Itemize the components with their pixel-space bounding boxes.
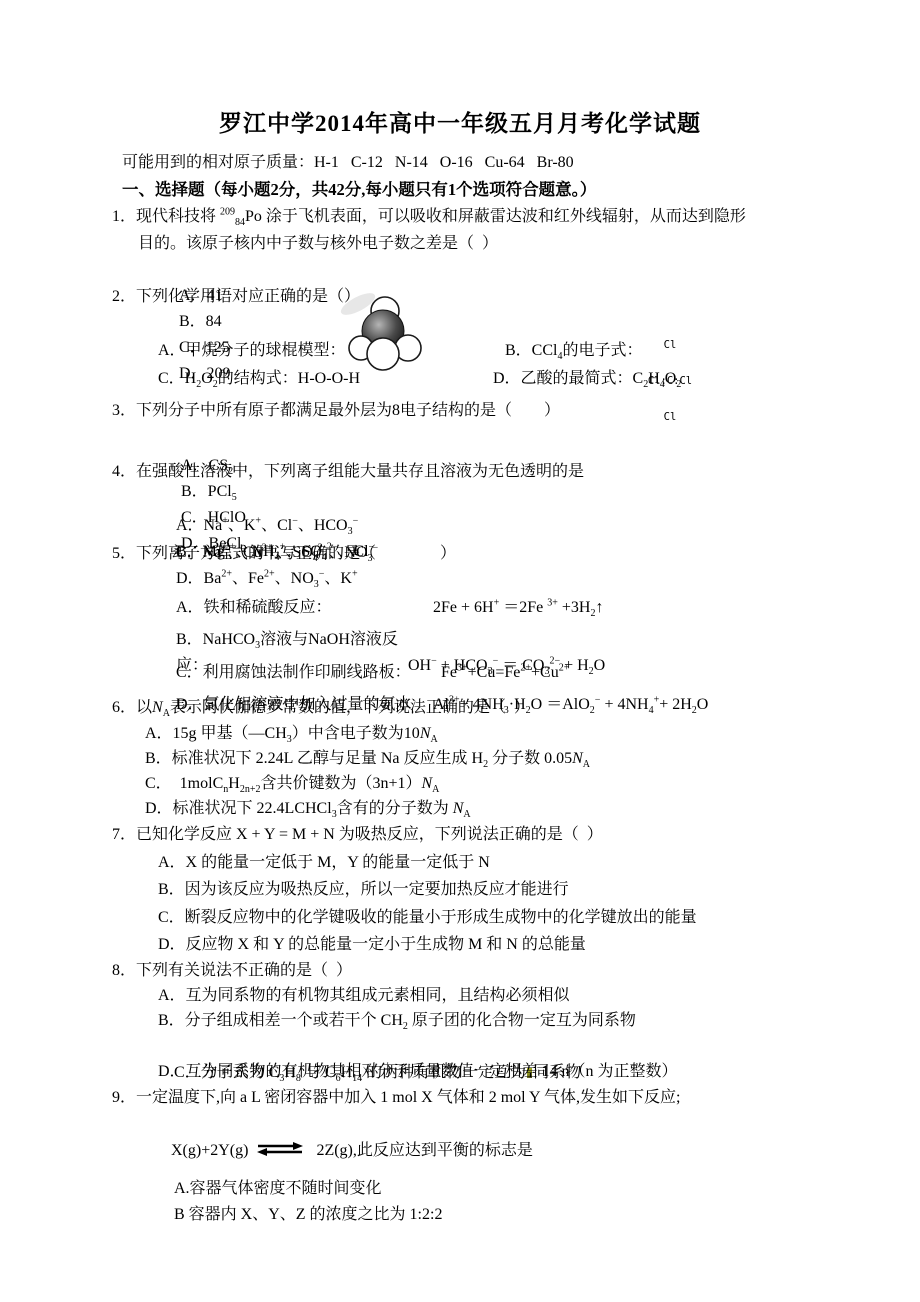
question-5-stem: 5．下列离子方程式的书写正确的是（ ） [112, 541, 456, 567]
q6-option-d: D．标准状况下 22.4LCHCl3含有的分子数为 NA [145, 796, 471, 822]
q7-option-b: B．因为该反应为吸热反应，所以一定要加热反应才能进行 [158, 877, 569, 903]
q7-option-c: C．断裂反应物中的化学键吸收的能量小于形成生成物中的化学键放出的能量 [158, 905, 697, 931]
question-2-stem: 2．下列化学用语对应正确的是（） [112, 284, 360, 310]
q9-options: A.容器气体密度不随时间变化 B 容器内 X、Y、Z 的浓度之比为 1:2:2 [158, 1150, 466, 1254]
q7-option-d: D．反应物 X 和 Y 的总能量一定小于生成物 M 和 N 的总能量 [158, 932, 586, 958]
q9-option-a: A.容器气体密度不随时间变化 [174, 1176, 466, 1202]
question-3-stem: 3．下列分子中所有原子都满足最外层为8电子结构的是（ ） [112, 398, 560, 424]
exam-document-page: 罗江中学2014年高中一年级五月月考化学试题 可能用到的相对原子质量：H-1 C… [0, 0, 920, 1302]
question-7-stem: 7．已知化学反应 X + Y = M + N 为吸热反应，下列说法正确的是（ ） [112, 822, 603, 848]
q6-option-c: C． 1molCnH2n+2含共价键数为（3n+1）NA [145, 771, 439, 797]
q6-option-a: A．15g 甲基（—CH3）中含电子数为10NA [145, 721, 438, 747]
q2-option-b: B．CCl4的电子式： [505, 338, 642, 364]
page-title: 罗江中学2014年高中一年级五月月考化学试题 [0, 105, 920, 138]
q7-option-a: A．X 的能量一定低于 M，Y 的能量一定低于 N [158, 850, 490, 876]
question-4-stem: 4．在强酸性溶液中，下列离子组能大量共存且溶液为无色透明的是 [112, 459, 584, 485]
question-8-stem: 8．下列有关说法不正确的是（ ） [112, 958, 352, 984]
section-header: 一、选择题（每小题2分，共42分,每小题只有1个选项符合题意。） [122, 177, 596, 203]
q2-option-d: D．乙酸的最简式：C2H4O2 [493, 366, 681, 392]
question-1-stem-line2: 目的。该原子核内中子数与核外电子数之差是（ ） [138, 231, 498, 257]
methane-model-image [338, 291, 430, 375]
q8-option-a: A．互为同系物的有机物其组成元素相同，且结构必须相似 [158, 983, 570, 1009]
q8-option-b: B．分子组成相差一个或若干个 CH2 原子团的化合物一定互为同系物 [158, 1008, 636, 1034]
atomic-masses-line: 可能用到的相对原子质量：H-1 C-12 N-14 O-16 Cu-64 Br-… [122, 150, 574, 176]
question-9-stem: 9．一定温度下,向 a L 密闭容器中加入 1 mol X 气体和 2 mol … [112, 1085, 680, 1111]
q2-option-c: C．H2O2的结构式：H-O-O-H [158, 366, 360, 392]
q6-option-b: B．标准状况下 2.24L 乙醇与足量 Na 反应生成 H2 分子数 0.05N… [145, 746, 590, 772]
q8-option-d: D．互为同系物的有机物其相对分子质量数值一定相差 14 n（n 为正整数） [158, 1059, 678, 1085]
q1-option-b: B．84 [179, 309, 284, 335]
q2-option-a: A．甲烷分子的球棍模型： [158, 338, 346, 364]
question-1-stem-line1: 1．现代科技将 20984Po 涂于飞机表面，可以吸收和屏蔽雷达波和红外线辐射，… [112, 204, 746, 230]
question-6-stem: 6．以NA表示阿伏伽德罗常数的值，下列说法正确的是（ ） [112, 695, 530, 721]
q9-option-b: B 容器内 X、Y、Z 的浓度之比为 1:2:2 [174, 1202, 442, 1228]
